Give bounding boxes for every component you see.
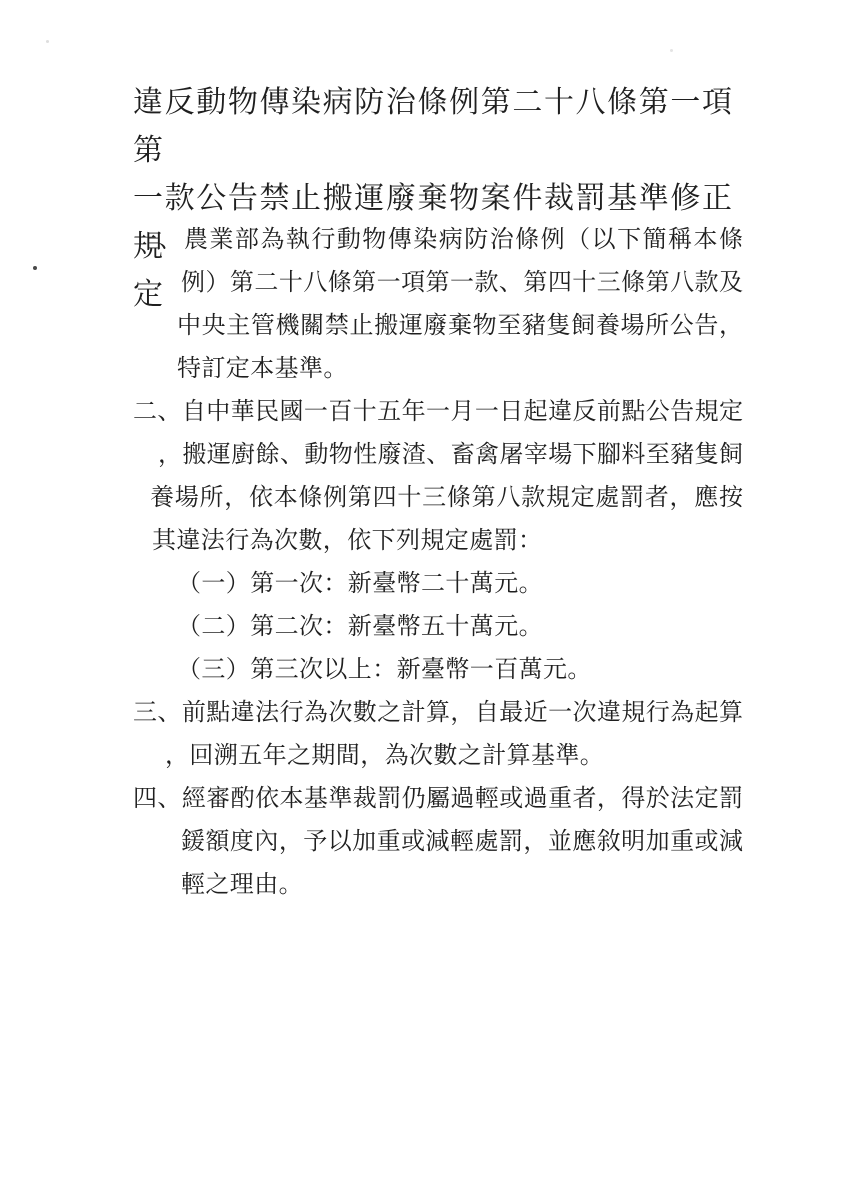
text-line: 二、自中華民國一百十五年一月一日起違反前點公告規定 bbox=[133, 390, 743, 433]
text-line: 特訂定本基準。 bbox=[177, 347, 849, 390]
ink-dot bbox=[33, 266, 37, 270]
text-line: （二）第二次：新臺幣五十萬元。 bbox=[177, 605, 849, 648]
text-line: ，回溯五年之期間，為次數之計算基準。 bbox=[165, 734, 849, 777]
text-line: 輕之理由。 bbox=[181, 863, 849, 906]
text-line: （一）第一次：新臺幣二十萬元。 bbox=[177, 562, 849, 605]
text-line: 養場所，依本條例第四十三條第八款規定處罰者，應按 bbox=[150, 476, 743, 519]
text-line: 鍰額度內，予以加重或減輕處罰，並應敘明加重或減 bbox=[181, 820, 743, 863]
text-line: 例）第二十八條第一項第一款、第四十三條第八款及 bbox=[181, 261, 743, 304]
text-line: （三）第三次以上：新臺幣一百萬元。 bbox=[177, 648, 849, 691]
text-line: 中央主管機關禁止搬運廢棄物至豬隻飼養場所公告， bbox=[177, 304, 743, 347]
faint-speck bbox=[670, 49, 673, 52]
title-line: 違反動物傳染病防治條例第二十八條第一項第 bbox=[133, 79, 732, 175]
document-body: 一、農業部為執行動物傳染病防治條例（以下簡稱本條例）第二十八條第一項第一款、第四… bbox=[0, 218, 849, 906]
text-line: 其違法行為次數，依下列規定處罰： bbox=[152, 519, 849, 562]
text-line: 三、前點違法行為次數之計算，自最近一次違規行為起算 bbox=[133, 691, 743, 734]
text-line: 四、經審酌依本基準裁罰仍屬過輕或過重者，得於法定罰 bbox=[133, 777, 743, 820]
text-line: 一、農業部為執行動物傳染病防治條例（以下簡稱本條 bbox=[133, 218, 743, 261]
scanned-document-page: 違反動物傳染病防治條例第二十八條第一項第一款公告禁止搬運廢棄物案件裁罰基準修正規… bbox=[0, 0, 849, 1200]
text-line: ，搬運廚餘、動物性廢渣、畜禽屠宰場下腳料至豬隻飼 bbox=[158, 433, 743, 476]
faint-speck bbox=[46, 40, 49, 43]
